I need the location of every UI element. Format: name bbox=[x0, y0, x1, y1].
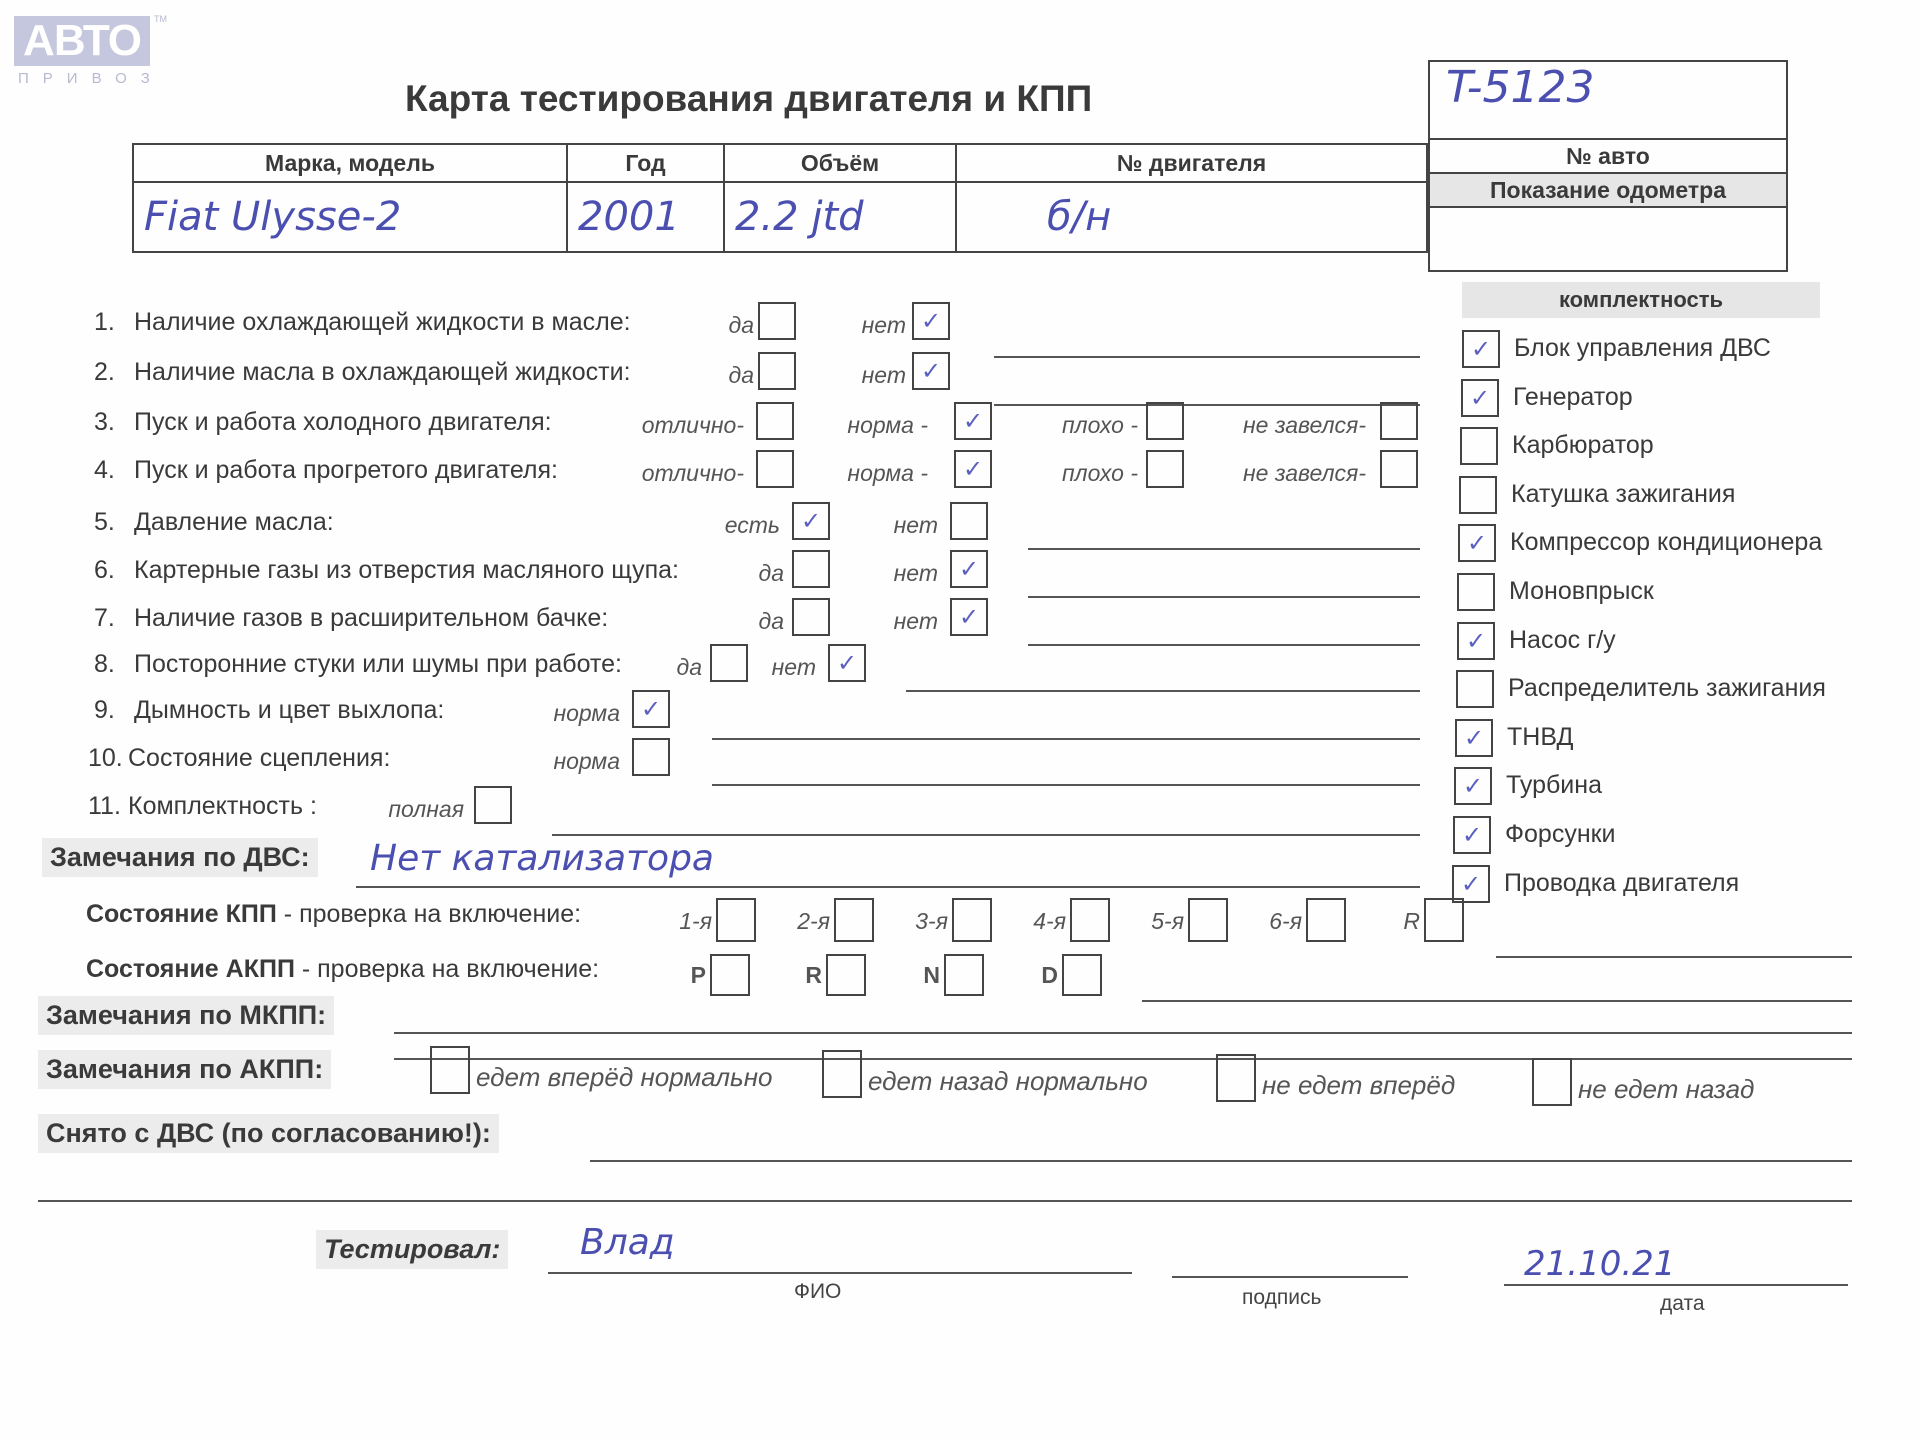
signature-line[interactable] bbox=[1172, 1276, 1408, 1278]
completeness-label: Форсунки bbox=[1505, 820, 1616, 849]
option-checkbox[interactable]: ✓ bbox=[632, 690, 670, 728]
make-model-field[interactable]: Fiat Ulysse-2 bbox=[133, 182, 567, 252]
option-label: нет bbox=[894, 608, 938, 635]
comment-line[interactable] bbox=[1028, 644, 1420, 646]
auto-remark-label: едет вперёд нормально bbox=[476, 1062, 772, 1093]
auto-remark-checkbox[interactable] bbox=[1532, 1058, 1572, 1106]
completeness-label: Распределитель зажигания bbox=[1508, 674, 1826, 703]
date-caption: дата bbox=[1660, 1292, 1705, 1316]
option-label: да bbox=[676, 654, 702, 681]
volume-field[interactable]: 2.2 jtd bbox=[724, 182, 956, 252]
manual-gearbox-label-bold: Состояние КПП bbox=[86, 900, 277, 928]
logo-brand: АВТО bbox=[14, 16, 150, 66]
page-title: Карта тестирования двигателя и КПП bbox=[405, 78, 1092, 120]
auto-remark-checkbox[interactable] bbox=[430, 1046, 470, 1094]
option-checkbox[interactable] bbox=[950, 502, 988, 540]
option-label: плохо - bbox=[1062, 412, 1138, 439]
completeness-checkbox[interactable] bbox=[1459, 476, 1497, 514]
question-number: 4. bbox=[94, 456, 115, 485]
question-text: Состояние сцепления: bbox=[128, 744, 390, 773]
option-checkbox[interactable] bbox=[1380, 402, 1418, 440]
option-checkbox[interactable] bbox=[710, 644, 748, 682]
completeness-checkbox[interactable]: ✓ bbox=[1452, 865, 1490, 903]
option-label: нет bbox=[862, 362, 906, 389]
checkmark-icon: ✓ bbox=[959, 603, 979, 631]
auto-gearbox-label: Состояние АКПП - проверка на включение: bbox=[86, 955, 599, 984]
completeness-header: комплектность bbox=[1462, 282, 1820, 318]
option-label: плохо - bbox=[1062, 460, 1138, 487]
manual-remarks-line-2 bbox=[394, 1058, 1852, 1060]
option-checkbox[interactable] bbox=[758, 352, 796, 390]
question-number: 5. bbox=[94, 508, 115, 537]
question-text: Комплектность : bbox=[128, 792, 317, 821]
comment-line[interactable] bbox=[1028, 548, 1420, 550]
checkmark-icon: ✓ bbox=[1467, 529, 1487, 557]
option-label: отлично- bbox=[642, 460, 744, 487]
header-engine-number: № двигателя bbox=[956, 144, 1427, 182]
option-label: отлично- bbox=[642, 412, 744, 439]
completeness-label: Моновпрыск bbox=[1509, 577, 1654, 606]
comment-line[interactable] bbox=[994, 356, 1420, 358]
header-make-model: Марка, модель bbox=[133, 144, 567, 182]
auto-gear-label: N bbox=[923, 962, 940, 989]
completeness-checkbox[interactable]: ✓ bbox=[1455, 719, 1493, 757]
option-label: да bbox=[758, 560, 784, 587]
gear-checkbox[interactable] bbox=[1070, 898, 1110, 942]
question-number: 11. bbox=[88, 792, 121, 821]
question-text: Наличие газов в расширительном бачке: bbox=[134, 604, 608, 633]
question-number: 1. bbox=[94, 308, 115, 337]
option-checkbox[interactable]: ✓ bbox=[954, 402, 992, 440]
name-caption: ФИО bbox=[794, 1280, 841, 1304]
question-text: Пуск и работа холодного двигателя: bbox=[134, 408, 552, 437]
auto-remarks-label: Замечания по АКПП: bbox=[38, 1050, 331, 1089]
manual-gearbox-label-rest: - проверка на включение: bbox=[277, 900, 581, 928]
gear-label: 4-я bbox=[1033, 908, 1066, 935]
question-number: 7. bbox=[94, 604, 115, 633]
option-label: не завелся- bbox=[1243, 412, 1366, 439]
gear-checkbox[interactable] bbox=[834, 898, 874, 942]
completeness-checkbox[interactable]: ✓ bbox=[1454, 767, 1492, 805]
removed-line[interactable] bbox=[590, 1160, 1852, 1162]
removed-label: Снято с ДВС (по согласованию!): bbox=[38, 1114, 499, 1153]
option-checkbox[interactable]: ✓ bbox=[912, 302, 950, 340]
checkmark-icon: ✓ bbox=[1462, 821, 1482, 849]
logo-tm: TM bbox=[154, 14, 167, 24]
option-checkbox[interactable] bbox=[792, 598, 830, 636]
checkmark-icon: ✓ bbox=[959, 555, 979, 583]
completeness-checkbox[interactable] bbox=[1457, 573, 1495, 611]
signature-caption: подпись bbox=[1242, 1286, 1321, 1310]
auto-number-label: № авто bbox=[1430, 140, 1786, 174]
tester-name-field[interactable]: Влад bbox=[580, 1222, 675, 1263]
option-label: нет bbox=[894, 512, 938, 539]
gear-checkbox[interactable] bbox=[952, 898, 992, 942]
date-line bbox=[1504, 1284, 1848, 1286]
option-checkbox[interactable] bbox=[756, 450, 794, 488]
question-number: 3. bbox=[94, 408, 115, 437]
checkmark-icon: ✓ bbox=[963, 455, 983, 483]
question-text: Наличие охлаждающей жидкости в масле: bbox=[134, 308, 631, 337]
completeness-checkbox[interactable] bbox=[1456, 670, 1494, 708]
option-checkbox[interactable] bbox=[632, 738, 670, 776]
option-label: норма - bbox=[847, 460, 928, 487]
option-label: норма - bbox=[847, 412, 928, 439]
option-label: да bbox=[728, 362, 754, 389]
completeness-label: Компрессор кондиционера bbox=[1510, 528, 1822, 557]
manual-gears-line bbox=[1496, 956, 1852, 958]
header-volume: Объём bbox=[724, 144, 956, 182]
checkmark-icon: ✓ bbox=[1461, 870, 1481, 898]
option-checkbox[interactable] bbox=[1146, 402, 1184, 440]
option-checkbox[interactable]: ✓ bbox=[950, 550, 988, 588]
gear-checkbox[interactable] bbox=[716, 898, 756, 942]
logo-sub: ПРИВОЗ bbox=[14, 70, 164, 87]
auto-box: T-5123 № авто Показание одометра bbox=[1428, 60, 1788, 272]
gear-label: 1-я bbox=[679, 908, 712, 935]
option-checkbox[interactable] bbox=[792, 550, 830, 588]
engine-remarks-label: Замечания по ДВС: bbox=[42, 838, 318, 877]
completeness-checkbox[interactable]: ✓ bbox=[1457, 622, 1495, 660]
gear-checkbox[interactable] bbox=[1188, 898, 1228, 942]
option-checkbox[interactable] bbox=[1146, 450, 1184, 488]
gear-label: 5-я bbox=[1151, 908, 1184, 935]
completeness-label: Блок управления ДВС bbox=[1514, 334, 1771, 363]
comment-line[interactable] bbox=[712, 784, 1420, 786]
vehicle-table: Марка, модель Год Объём № двигателя Fiat… bbox=[132, 143, 1428, 253]
manual-gearbox-label: Состояние КПП - проверка на включение: bbox=[86, 900, 581, 929]
option-label: не завелся- bbox=[1243, 460, 1366, 487]
question-number: 6. bbox=[94, 556, 115, 585]
checkmark-icon: ✓ bbox=[1464, 724, 1484, 752]
engine-remarks-field[interactable]: Нет катализатора bbox=[370, 838, 714, 879]
auto-gear-label: D bbox=[1041, 962, 1058, 989]
gear-label: 6-я bbox=[1269, 908, 1302, 935]
removed-line-2 bbox=[38, 1200, 1852, 1202]
auto-gear-label: R bbox=[805, 962, 822, 989]
option-checkbox[interactable] bbox=[758, 302, 796, 340]
comment-line[interactable] bbox=[552, 834, 1420, 836]
auto-remark-checkbox[interactable] bbox=[822, 1050, 862, 1098]
auto-gear-checkbox[interactable] bbox=[1062, 954, 1102, 996]
auto-remark-label: едет назад нормально bbox=[868, 1066, 1148, 1097]
auto-gear-checkbox[interactable] bbox=[944, 954, 984, 996]
odometer-field[interactable] bbox=[1430, 208, 1786, 270]
option-checkbox[interactable]: ✓ bbox=[950, 598, 988, 636]
checkmark-icon: ✓ bbox=[921, 357, 941, 385]
manual-remarks-label: Замечания по МКПП: bbox=[38, 996, 334, 1035]
gear-checkbox[interactable] bbox=[1424, 898, 1464, 942]
completeness-label: Турбина bbox=[1506, 771, 1602, 800]
completeness-checkbox[interactable]: ✓ bbox=[1461, 379, 1499, 417]
logo: АВТО TM ПРИВОЗ bbox=[14, 16, 164, 87]
checkmark-icon: ✓ bbox=[801, 507, 821, 535]
question-text: Картерные газы из отверстия масляного щу… bbox=[134, 556, 679, 585]
question-text: Наличие масла в охлаждающей жидкости: bbox=[134, 358, 631, 387]
comment-line[interactable] bbox=[712, 738, 1420, 740]
completeness-label: Генератор bbox=[1513, 383, 1633, 412]
checkmark-icon: ✓ bbox=[641, 695, 661, 723]
question-number: 2. bbox=[94, 358, 115, 387]
option-label: есть bbox=[725, 512, 780, 539]
checkmark-icon: ✓ bbox=[921, 307, 941, 335]
question-number: 9. bbox=[94, 696, 115, 725]
option-checkbox[interactable]: ✓ bbox=[828, 644, 866, 682]
auto-gearbox-label-bold: Состояние АКПП bbox=[86, 955, 295, 983]
option-checkbox[interactable] bbox=[474, 786, 512, 824]
completeness-label: Насос г/у bbox=[1509, 626, 1616, 655]
option-label: нет bbox=[772, 654, 816, 681]
auto-gear-label: P bbox=[691, 962, 706, 989]
comment-line[interactable] bbox=[994, 404, 1420, 406]
option-checkbox[interactable]: ✓ bbox=[912, 352, 950, 390]
checkmark-icon: ✓ bbox=[963, 407, 983, 435]
header-year: Год bbox=[567, 144, 724, 182]
completeness-label: Катушка зажигания bbox=[1511, 480, 1735, 509]
option-label: да bbox=[728, 312, 754, 339]
auto-gearbox-label-rest: - проверка на включение: bbox=[295, 955, 599, 983]
completeness-checkbox[interactable]: ✓ bbox=[1462, 330, 1500, 368]
question-text: Пуск и работа прогретого двигателя: bbox=[134, 456, 558, 485]
option-checkbox[interactable] bbox=[1380, 450, 1418, 488]
manual-remarks-line[interactable] bbox=[394, 1032, 1852, 1034]
auto-gear-checkbox[interactable] bbox=[826, 954, 866, 996]
question-text: Давление масла: bbox=[134, 508, 334, 537]
gear-label: 2-я bbox=[797, 908, 830, 935]
checkmark-icon: ✓ bbox=[1466, 627, 1486, 655]
option-label: да bbox=[758, 608, 784, 635]
checkmark-icon: ✓ bbox=[1471, 335, 1491, 363]
option-label: нет bbox=[894, 560, 938, 587]
auto-remark-label: не едет вперёд bbox=[1262, 1070, 1455, 1101]
completeness-label: Карбюратор bbox=[1512, 431, 1654, 460]
option-label: норма bbox=[553, 748, 620, 775]
completeness-checkbox[interactable]: ✓ bbox=[1458, 524, 1496, 562]
gear-checkbox[interactable] bbox=[1306, 898, 1346, 942]
option-checkbox[interactable] bbox=[756, 402, 794, 440]
completeness-checkbox[interactable] bbox=[1460, 427, 1498, 465]
option-label: нет bbox=[862, 312, 906, 339]
auto-gears-line bbox=[1142, 1000, 1852, 1002]
auto-number-field[interactable]: T-5123 bbox=[1430, 62, 1786, 140]
checkmark-icon: ✓ bbox=[1470, 384, 1490, 412]
question-number: 8. bbox=[94, 650, 115, 679]
question-text: Дымность и цвет выхлопа: bbox=[134, 696, 444, 725]
completeness-label: Проводка двигателя bbox=[1504, 869, 1739, 898]
comment-line[interactable] bbox=[1028, 596, 1420, 598]
option-label: полная bbox=[388, 796, 464, 823]
engine-number-field[interactable]: б/н bbox=[956, 182, 1427, 252]
date-field[interactable]: 21.10.21 bbox=[1524, 1244, 1675, 1284]
checkmark-icon: ✓ bbox=[1463, 772, 1483, 800]
tested-label: Тестировал: bbox=[316, 1230, 508, 1269]
completeness-label: ТНВД bbox=[1507, 723, 1573, 752]
year-field[interactable]: 2001 bbox=[567, 182, 724, 252]
question-number: 10. bbox=[88, 744, 123, 773]
gear-label: 3-я bbox=[915, 908, 948, 935]
option-label: норма bbox=[553, 700, 620, 727]
option-checkbox[interactable]: ✓ bbox=[954, 450, 992, 488]
question-text: Посторонние стуки или шумы при работе: bbox=[134, 650, 622, 679]
auto-gear-checkbox[interactable] bbox=[710, 954, 750, 996]
comment-line[interactable] bbox=[906, 690, 1420, 692]
checkmark-icon: ✓ bbox=[837, 649, 857, 677]
auto-remark-label: не едет назад bbox=[1578, 1074, 1754, 1105]
completeness-checkbox[interactable]: ✓ bbox=[1453, 816, 1491, 854]
tester-name-line bbox=[548, 1272, 1132, 1274]
option-checkbox[interactable]: ✓ bbox=[792, 502, 830, 540]
odometer-label: Показание одометра bbox=[1430, 174, 1786, 208]
gear-label: R bbox=[1403, 908, 1420, 935]
auto-remark-checkbox[interactable] bbox=[1216, 1054, 1256, 1102]
engine-remarks-line bbox=[356, 886, 1420, 888]
